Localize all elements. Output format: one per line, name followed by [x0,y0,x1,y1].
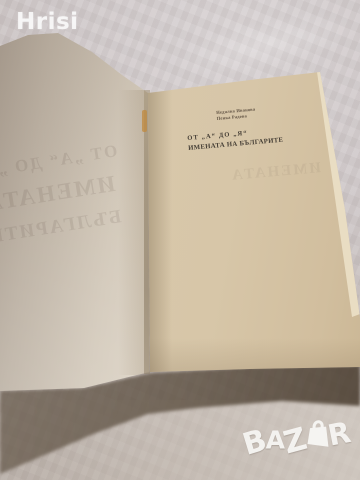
title-page-gutter-shading [148,90,172,374]
book-title: ОТ „А“ ДО „Я“ ИМЕНАТА НА БЪЛГАРИТЕ [187,124,303,152]
marketplace-photo-open-book: ОТ „А“ ДО „Я“ ИМЕНАТА БЪЛГАРИТЕ Недялка … [0,0,360,480]
title-page-bottom-shading [150,338,360,372]
binding-glue-mark [142,110,147,132]
page-showthrough-text: ИМЕНАТА [229,160,321,185]
bazar-letter-r: R [325,418,352,451]
author-names: Недялка Иванова Пенка Радева [216,104,287,122]
seller-watermark: Hrisi [16,9,79,35]
